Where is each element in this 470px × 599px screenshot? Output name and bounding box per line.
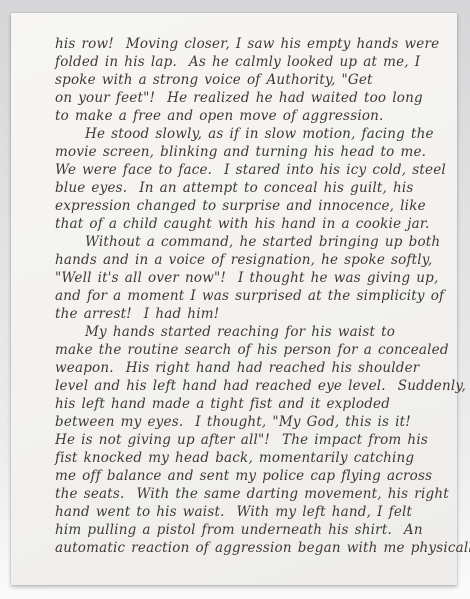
handwritten-line: level and his left hand had reached eye … xyxy=(55,377,451,395)
manuscript-page: his row! Moving closer, I saw his empty … xyxy=(11,13,457,585)
handwritten-line: on your feet"! He realized he had waited… xyxy=(55,89,451,107)
handwritten-line: weapon. His right hand had reached his s… xyxy=(55,359,451,377)
handwritten-line: expression changed to surprise and innoc… xyxy=(55,197,451,215)
handwritten-line: Without a command, he started bringing u… xyxy=(55,233,451,251)
handwritten-line: automatic reaction of aggression began w… xyxy=(55,539,451,557)
handwritten-line: that of a child caught with his hand in … xyxy=(55,215,451,233)
handwritten-line: folded in his lap. As he calmly looked u… xyxy=(55,53,451,71)
handwritten-line: My hands started reaching for his waist … xyxy=(55,323,451,341)
handwritten-line: fist knocked my head back, momentarily c… xyxy=(55,449,451,467)
handwritten-line: between my eyes. I thought, "My God, thi… xyxy=(55,413,451,431)
handwritten-line: movie screen, blinking and turning his h… xyxy=(55,143,451,161)
handwritten-line: "Well it's all over now"! I thought he w… xyxy=(55,269,451,287)
handwritten-line: his row! Moving closer, I saw his empty … xyxy=(55,35,451,53)
handwritten-line: He stood slowly, as if in slow motion, f… xyxy=(55,125,451,143)
handwritten-text: his row! Moving closer, I saw his empty … xyxy=(55,35,451,557)
handwritten-line: the seats. With the same darting movemen… xyxy=(55,485,451,503)
handwritten-line: his left hand made a tight fist and it e… xyxy=(55,395,451,413)
handwritten-line: hand went to his waist. With my left han… xyxy=(55,503,451,521)
handwritten-line: blue eyes. In an attempt to conceal his … xyxy=(55,179,451,197)
handwritten-line: spoke with a strong voice of Authority, … xyxy=(55,71,451,89)
handwritten-line: to make a free and open move of aggressi… xyxy=(55,107,451,125)
handwritten-line: make the routine search of his person fo… xyxy=(55,341,451,359)
handwritten-line: the arrest! I had him! xyxy=(55,305,451,323)
handwritten-line: me off balance and sent my police cap fl… xyxy=(55,467,451,485)
handwritten-line: We were face to face. I stared into his … xyxy=(55,161,451,179)
handwritten-line: hands and in a voice of resignation, he … xyxy=(55,251,451,269)
photo-background: his row! Moving closer, I saw his empty … xyxy=(0,0,470,599)
handwritten-line: him pulling a pistol from underneath his… xyxy=(55,521,451,539)
handwritten-line: and for a moment I was surprised at the … xyxy=(55,287,451,305)
handwritten-line: He is not giving up after all"! The impa… xyxy=(55,431,451,449)
